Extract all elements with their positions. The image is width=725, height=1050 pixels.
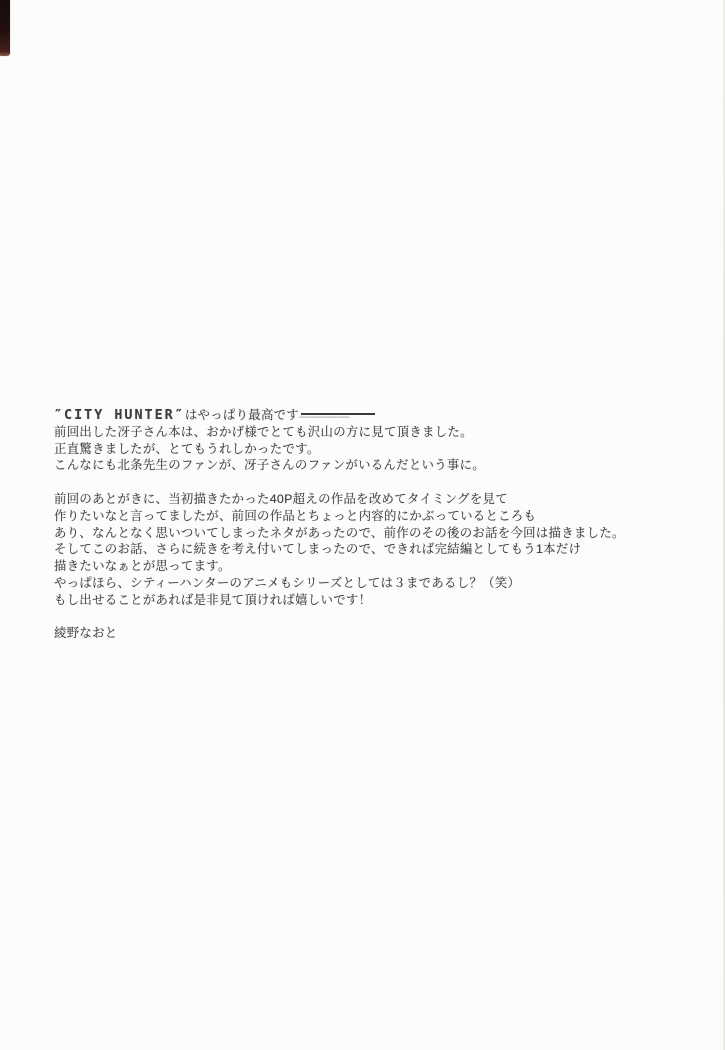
text-segment: 前回出した冴子さん本は、おかげ様でとても沢山の方に見て頂きました。 <box>54 425 473 439</box>
scan-edge-artifact <box>0 0 10 56</box>
text-segment: 正直驚きましたが、とてもうれしかったです。 <box>54 442 320 456</box>
paragraph-signature: 綾野なおと <box>54 625 625 642</box>
scanned-page: ″CITY HUNTER″はやっぱり最高です――――前回出した冴子さん本は、おか… <box>0 0 725 1050</box>
afterword-text: ″CITY HUNTER″はやっぱり最高です――――前回出した冴子さん本は、おか… <box>54 407 625 642</box>
text-segment: はやっぱり最高です <box>185 408 299 422</box>
text-line: こんなにも北条先生のファンが、冴子さんのファンがいるんだという事に。 <box>54 457 625 474</box>
text-line: 前回出した冴子さん本は、おかげ様でとても沢山の方に見て頂きました。 <box>54 424 625 441</box>
text-segment: もし出せることがあれば是非見て頂ければ嬉しいです！ <box>54 593 371 607</box>
author-signature: 綾野なおと <box>54 625 625 642</box>
text-line: 作りたいなと言ってましたが、前回の作品とちょっと内容的にかぶっているところも <box>54 508 625 525</box>
paragraph-body: 前回のあとがきに、当初描きたかった40P超えの作品を改めてタイミングを見て作りた… <box>54 491 625 609</box>
text-line: そしてこのお話、さらに続きを考え付いてしまったので、できれば完結編としてもう1本… <box>54 541 625 558</box>
text-segment: あり、なんとなく思いついてしまったネタがあったので、前作のその後のお話を今回は描… <box>54 526 625 540</box>
text-line: もし出せることがあれば是非見て頂ければ嬉しいです！ <box>54 592 625 609</box>
text-line: やっぱほら、シティーハンターのアニメもシリーズとしては３まであるし？（笑） <box>54 575 625 592</box>
text-segment: 作りたいなと言ってましたが、前回の作品とちょっと内容的にかぶっているところも <box>54 509 536 523</box>
text-segment: 前回のあとがきに、当初描きたかった40P超えの作品を改めてタイミングを見て <box>54 492 508 506</box>
text-line: 正直驚きましたが、とてもうれしかったです。 <box>54 441 625 458</box>
text-segment: ″CITY HUNTER″ <box>54 408 185 423</box>
text-segment: 描きたいなぁとが思ってます。 <box>54 559 231 573</box>
text-line: あり、なんとなく思いついてしまったネタがあったので、前作のその後のお話を今回は描… <box>54 525 625 542</box>
dash-rule: ―――― <box>299 408 377 420</box>
text-segment: 綾野なおと <box>54 626 117 640</box>
text-line: 前回のあとがきに、当初描きたかった40P超えの作品を改めてタイミングを見て <box>54 491 625 508</box>
paragraph-opening: ″CITY HUNTER″はやっぱり最高です――――前回出した冴子さん本は、おか… <box>54 407 625 474</box>
text-line: 描きたいなぁとが思ってます。 <box>54 558 625 575</box>
text-segment: こんなにも北条先生のファンが、冴子さんのファンがいるんだという事に。 <box>54 458 485 472</box>
text-segment: やっぱほら、シティーハンターのアニメもシリーズとしては３まであるし？（笑） <box>54 576 520 590</box>
text-line: ″CITY HUNTER″はやっぱり最高です―――― <box>54 407 625 424</box>
text-segment: そしてこのお話、さらに続きを考え付いてしまったので、できれば完結編としてもう1本… <box>54 542 581 556</box>
